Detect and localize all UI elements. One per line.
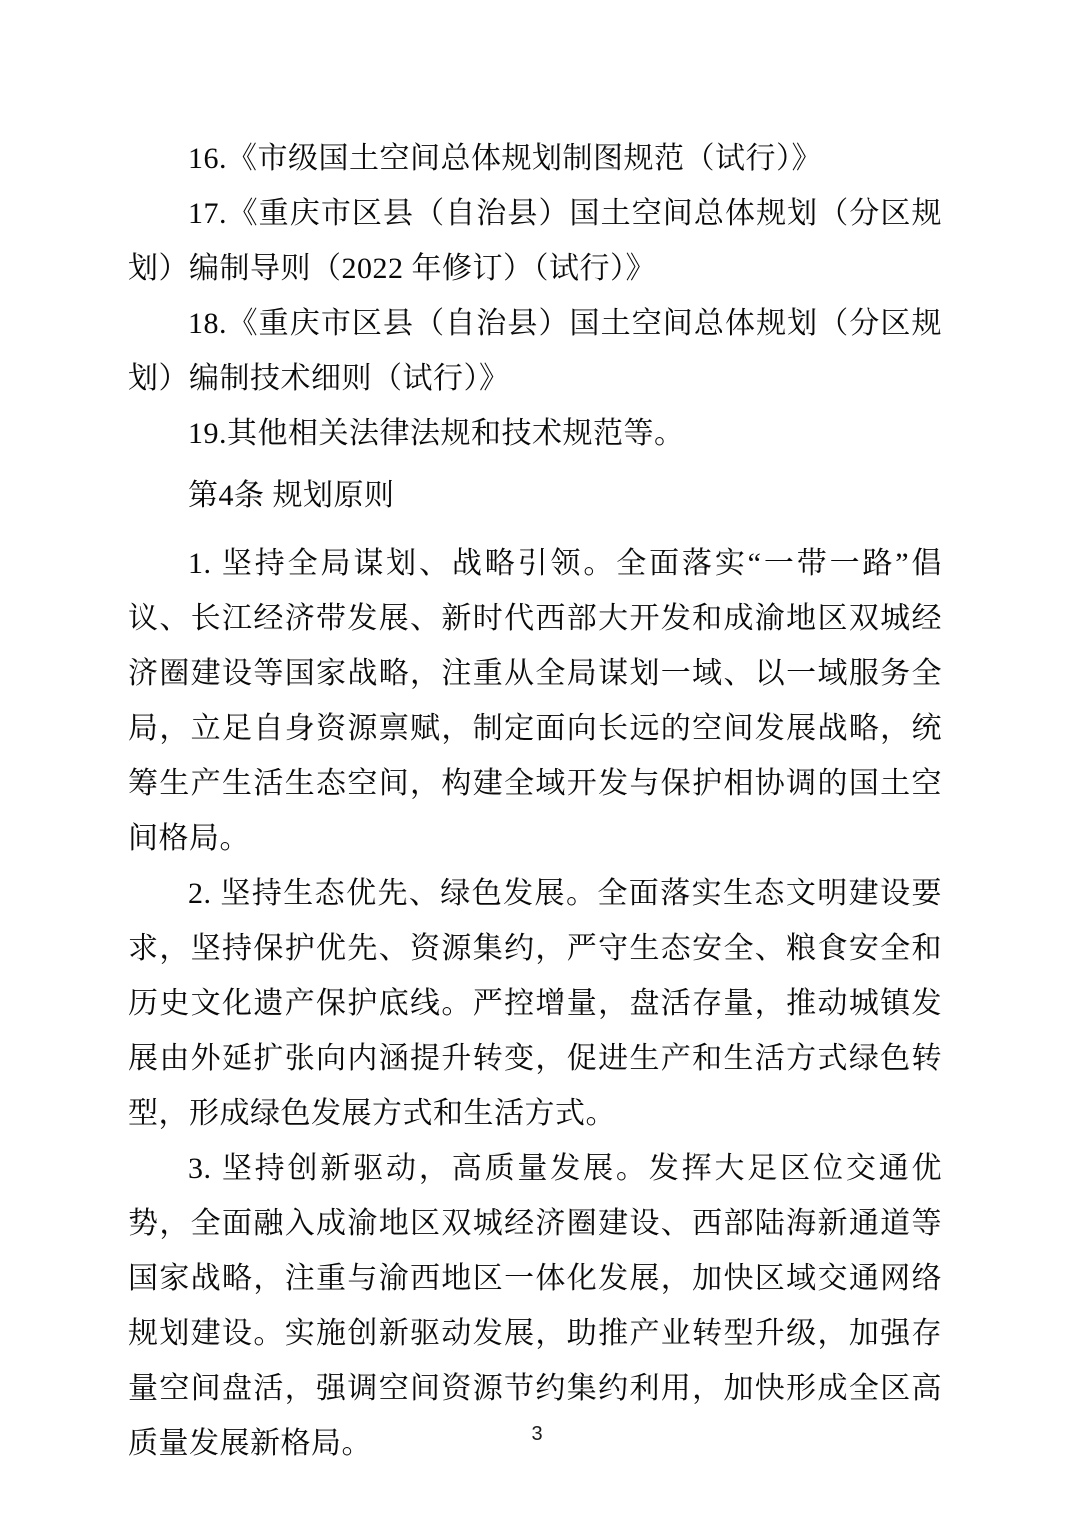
principle-paragraph-2: 2. 坚持生态优先、绿色发展。全面落实生态文明建设要求，坚持保护优先、资源集约，… xyxy=(128,866,942,1141)
page-number: 3 xyxy=(531,1423,542,1445)
article-4-heading: 第4条 规划原则 xyxy=(128,468,942,523)
list-item-16: 16.《市级国土空间总体规划制图规范（试行）》 xyxy=(128,131,942,186)
document-page: 16.《市级国土空间总体规划制图规范（试行）》 17.《重庆市区县（自治县）国土… xyxy=(0,0,1074,1520)
list-item-17: 17.《重庆市区县（自治县）国土空间总体规划（分区规划）编制导则（2022 年修… xyxy=(128,186,942,296)
page-footer: 3 xyxy=(0,1422,1074,1446)
list-item-19: 19.其他相关法律法规和技术规范等。 xyxy=(128,406,942,461)
list-item-18: 18.《重庆市区县（自治县）国土空间总体规划（分区规划）编制技术细则（试行）》 xyxy=(128,296,942,406)
document-content: 16.《市级国土空间总体规划制图规范（试行）》 17.《重庆市区县（自治县）国土… xyxy=(128,131,942,1471)
principle-paragraph-1: 1. 坚持全局谋划、战略引领。全面落实“一带一路”倡议、长江经济带发展、新时代西… xyxy=(128,536,942,866)
